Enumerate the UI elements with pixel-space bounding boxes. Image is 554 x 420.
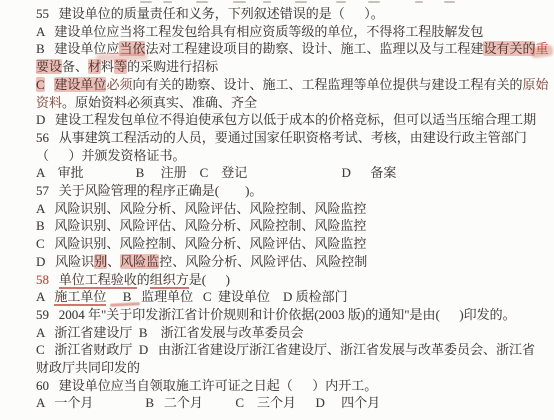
line-question-stem: 55 建设单位的质量责任和义务，下列叙述错误的是（ ）。 bbox=[36, 5, 554, 23]
line-question-stem: 56 从事建筑工程活动的人员，要通过国家任职资格考试、考核，由建设行政主管部门 bbox=[36, 129, 554, 147]
text-segment: 、 bbox=[107, 254, 120, 269]
red-annotated-text: 要设 bbox=[36, 59, 62, 74]
text-segment: A 风险识别、风险分析、风险评估、风险控制、风险监控 bbox=[36, 201, 366, 216]
question-list: 55 建设单位的质量责任和义务，下列叙述错误的是（ ）。A 建设单位应当将工程发… bbox=[0, 5, 554, 412]
red-annotated-text: 施工单位 bbox=[54, 289, 106, 306]
text-segment: A 审批 B 注册 C 登记 D 备案 bbox=[36, 165, 396, 180]
red-annotated-text: 原始 bbox=[522, 77, 548, 92]
red-annotated-text: 组织方 bbox=[150, 272, 189, 289]
text-segment: 。原始资料必须真实、准确、齐全 bbox=[62, 95, 257, 110]
line-option: C 风险识别、风险控制、风险分析、风险评估、风险监控 bbox=[36, 235, 554, 253]
text-segment: A bbox=[36, 289, 54, 304]
line-options-row: A 审批 B 注册 C 登记 D 备案 bbox=[36, 164, 554, 182]
line-option: A 建设单位应当将工程发包给具有相应资质等级的单位，不得将工程肢解发包 bbox=[36, 23, 554, 41]
text-segment bbox=[49, 272, 59, 287]
line-question-stem: 57 关于风险管理的程序正确是( )。 bbox=[36, 182, 554, 200]
line-options-row: C 浙江省财政厅 D 由浙江省建设厅浙江省建设厅、浙江省发展与改革委员会、浙江省 bbox=[36, 341, 554, 359]
red-annotated-text: C bbox=[36, 77, 45, 92]
line-question-stem: 60 建设单位应当自领取施工许可证之日起（ ）内开工。 bbox=[36, 377, 554, 395]
text-segment: B 监理单位 C 建设单位 D 质检部门 bbox=[106, 289, 347, 304]
red-annotated-text: 单位工程验收 bbox=[59, 272, 137, 289]
red-annotated-text: 58 bbox=[36, 272, 49, 287]
scan-artifact bbox=[196, 1, 208, 3]
text-segment: 的采购进行招标 bbox=[127, 59, 218, 74]
text-segment: 法对工程建设项目的勘察、设计、施工、监理以及与工程建 bbox=[145, 41, 483, 56]
line-option: C 建设单位必须向有关的勘察、设计、施工、工程监理等单位提供与建设工程有关的原始 bbox=[36, 76, 554, 94]
red-annotated-text: 别 bbox=[94, 254, 107, 269]
text-segment: 向有关的勘察、设计、施工、工程监理等单位提供与建设工程有关的 bbox=[132, 77, 522, 92]
scan-artifact bbox=[444, 1, 455, 3]
text-segment: D 建设工程发包单位不得迫使承包方以低于成本的价格竞标，但可以适当压缩合理工期 bbox=[36, 112, 536, 127]
scan-artifact bbox=[336, 1, 346, 3]
text-segment: C 浙江省财政厅 D 由浙江省建设厅浙江省建设厅、浙江省发展与改革委员会、浙江省 bbox=[36, 342, 535, 357]
line-option: A 风险识别、风险分析、风险评估、风险控制、风险监控 bbox=[36, 200, 554, 218]
line-option: D 风险识别、风险监控、风险分析、风险评估、风险控制 bbox=[36, 253, 554, 271]
text-segment: 59 2004 年"关于印发浙江省计价规则和计价依据(2003 版)的通知"是由… bbox=[36, 307, 516, 322]
text-segment: 控、风险分析、风险评估、风险控制 bbox=[159, 254, 367, 269]
line-question-stem: 58 单位工程验收的组织方是( ) bbox=[36, 271, 554, 289]
scan-artifact bbox=[140, 1, 152, 3]
scan-artifact bbox=[415, 1, 423, 3]
red-annotated-text: 必须 bbox=[106, 77, 132, 92]
line-option-continuation: 要设备、材料等的采购进行招标 bbox=[36, 58, 554, 76]
scan-artifact bbox=[263, 1, 271, 3]
red-annotated-text: 建设单位 bbox=[54, 77, 106, 92]
text-segment: 56 从事建筑工程活动的人员，要通过国家任职资格考试、考核，由建设行政主管部门 bbox=[36, 130, 527, 145]
text-segment: D 风险识 bbox=[36, 254, 94, 269]
line-options-row: A 浙江省建设厅 B 浙江省发展与改革委员会 bbox=[36, 324, 554, 342]
scan-artifact bbox=[295, 1, 307, 3]
line-options-row: A 施工单位 B 监理单位 C 建设单位 D 质检部门 bbox=[36, 288, 554, 306]
line-option: D 建设工程发包单位不得迫使承包方以低于成本的价格竞标，但可以适当压缩合理工期 bbox=[36, 111, 554, 129]
scan-artifact bbox=[368, 1, 380, 3]
line-option: B 建设单位应当依法对工程建设项目的勘察、设计、施工、监理以及与工程建设有关的重 bbox=[36, 40, 554, 58]
text-segment: B 风险识别、风险评估、风险分析、风险控制、风险监控 bbox=[36, 218, 366, 233]
line-option: B 风险识别、风险评估、风险分析、风险控制、风险监控 bbox=[36, 217, 554, 235]
red-annotated-text: 当依 bbox=[119, 41, 145, 56]
text-segment: C 风险识别、风险控制、风险分析、风险评估、风险监控 bbox=[36, 236, 366, 251]
text-segment: 备、 bbox=[62, 59, 88, 74]
red-annotated-text: 风险监 bbox=[120, 254, 159, 269]
text-segment: B 建设单位应 bbox=[36, 41, 119, 56]
text-segment: A 建设单位应当将工程发包给具有相应资质等级的单位，不得将工程肢解发包 bbox=[36, 24, 483, 39]
line-question-continuation: （ ）并颁发资格证书。 bbox=[36, 147, 554, 165]
scan-artifact bbox=[233, 1, 246, 3]
red-annotated-text: 等 bbox=[114, 59, 127, 74]
red-annotated-text: 重 bbox=[535, 41, 548, 56]
text-segment: A 一个月 B 二个月 C 三个月 D 四个月 bbox=[36, 395, 380, 410]
red-annotated-text: 设有关的 bbox=[483, 41, 535, 56]
text-segment: 55 建设单位的质量责任和义务，下列叙述错误的是（ ）。 bbox=[36, 6, 384, 21]
text-segment: 的 bbox=[137, 272, 150, 287]
text-segment bbox=[45, 77, 55, 92]
text-segment: A 浙江省建设厅 B 浙江省发展与改革委员会 bbox=[36, 325, 304, 340]
text-segment: 财政厅共同印发的 bbox=[36, 360, 140, 375]
line-option-continuation: 财政厅共同印发的 bbox=[36, 359, 554, 377]
text-segment: 料 bbox=[101, 59, 114, 74]
line-question-stem: 59 2004 年"关于印发浙江省计价规则和计价依据(2003 版)的通知"是由… bbox=[36, 306, 554, 324]
red-annotated-text: 材 bbox=[88, 59, 101, 74]
text-segment: 60 建设单位应当自领取施工许可证之日起（ ）内开工。 bbox=[36, 378, 377, 393]
red-annotated-text: 资料 bbox=[36, 95, 62, 110]
clipped-previous-line-remnant bbox=[0, 0, 554, 4]
line-options-row: A 一个月 B 二个月 C 三个月 D 四个月 bbox=[36, 394, 554, 412]
scanned-exam-page: 55 建设单位的质量责任和义务，下列叙述错误的是（ ）。A 建设单位应当将工程发… bbox=[0, 0, 554, 420]
text-segment: （ ）并颁发资格证书。 bbox=[36, 148, 186, 163]
text-segment: 是( ) bbox=[189, 272, 230, 287]
scan-artifact bbox=[163, 1, 172, 3]
line-option-continuation: 资料。原始资料必须真实、准确、齐全 bbox=[36, 94, 554, 112]
text-segment: 57 关于风险管理的程序正确是( )。 bbox=[36, 183, 262, 198]
